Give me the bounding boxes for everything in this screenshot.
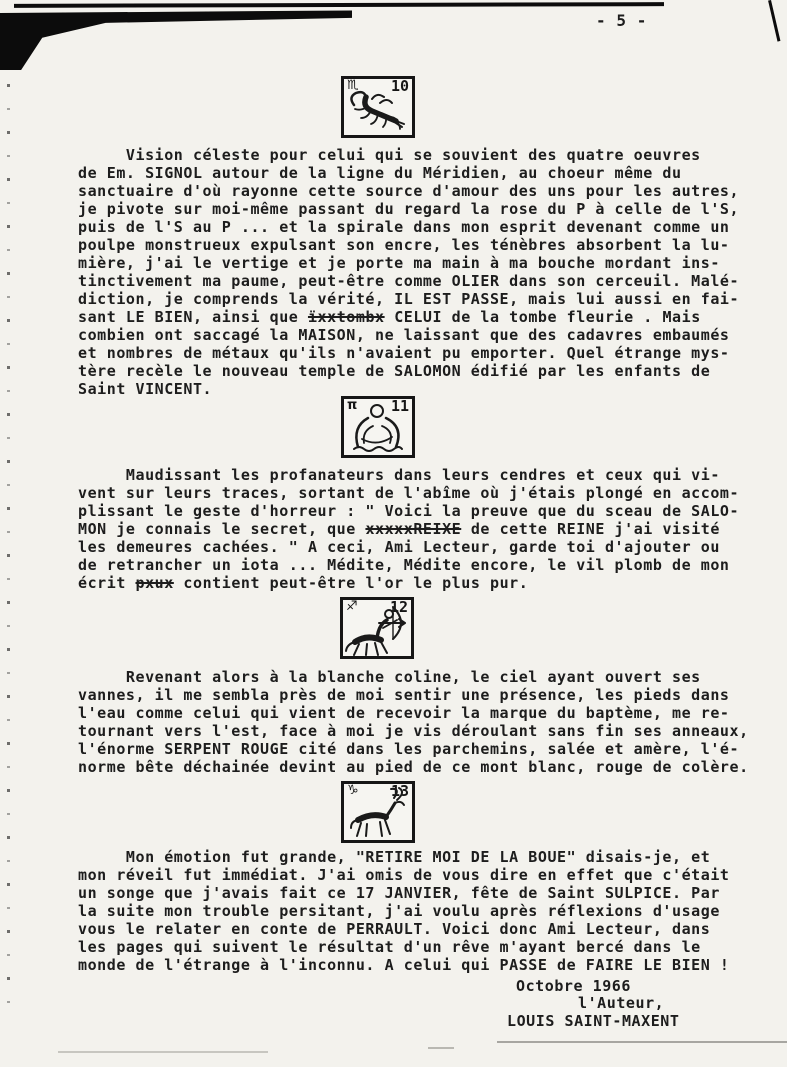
signature-author-label: l'Auteur, (578, 994, 664, 1012)
zodiac-icon-capricorn: ♑ 13 (341, 781, 415, 843)
signature-date: Octobre 1966 (516, 977, 631, 995)
zodiac-icon-sagittarius: ♐ 12 (340, 597, 414, 659)
paragraph-2: Maudissant les profanateurs dans leurs c… (78, 466, 739, 592)
seated-figure-drawing (344, 401, 414, 455)
centaur-archer-drawing (343, 602, 413, 656)
signature-author-name: LOUIS SAINT-MAXENT (507, 1012, 679, 1030)
paragraph-1: Vision céleste pour celui qui se souvien… (78, 146, 739, 398)
page-number: - 5 - (596, 12, 647, 30)
scan-artifact-corner-wedge (0, 8, 352, 70)
scan-artifact-top-line (14, 2, 664, 8)
scanned-page: - 5 - ♏ 10 Vision céleste pour celui qui… (0, 0, 787, 1067)
scan-artifact-left-specks (7, 84, 10, 1014)
scan-artifact-bottom-line-2 (58, 1051, 268, 1053)
zodiac-icon-scorpio: ♏ 10 (341, 76, 415, 138)
scan-artifact-top-right-mark (768, 0, 780, 42)
paragraph-3: Revenant alors à la blanche coline, le c… (78, 668, 749, 776)
paragraph-4: Mon émotion fut grande, "RETIRE MOI DE L… (78, 848, 730, 974)
goat-drawing (344, 786, 414, 840)
scan-artifact-bottom-speck (428, 1047, 454, 1049)
scorpion-drawing (344, 81, 414, 135)
scan-artifact-bottom-line (497, 1041, 787, 1043)
zodiac-icon-aquarius: π 11 (341, 396, 415, 458)
